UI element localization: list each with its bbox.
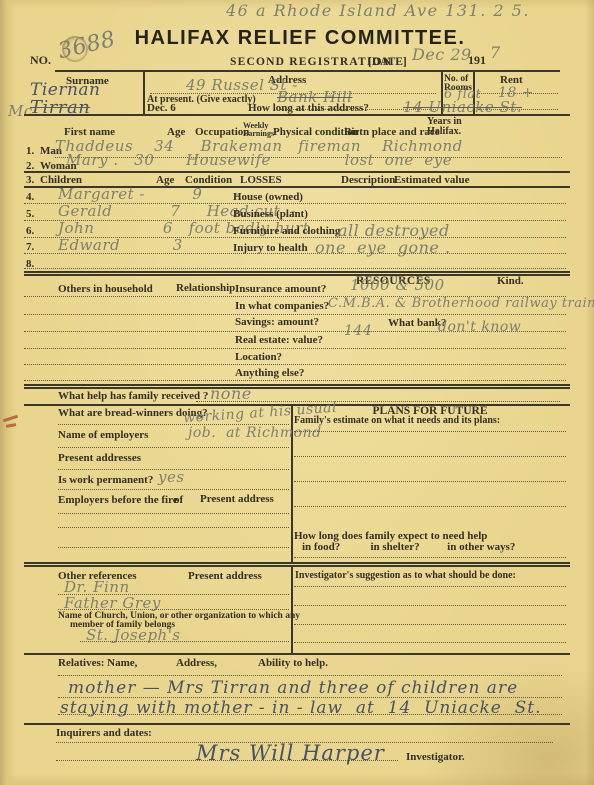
rooms-value: 6 flat <box>444 88 481 101</box>
insurance-value: 1000 & 500 <box>350 278 445 293</box>
dotted-line <box>24 348 566 349</box>
dotted-line <box>58 489 289 490</box>
date-label: [DATE] <box>368 56 407 68</box>
present-address-label: Present address <box>188 571 262 583</box>
of-label: of <box>174 495 183 507</box>
dotted-line <box>294 506 566 507</box>
rent-value: 18 + <box>498 86 534 100</box>
row-number: 5. <box>26 209 34 221</box>
dotted-line <box>24 314 566 315</box>
employers-label: Name of employers <box>58 430 148 442</box>
no-label: NO. <box>30 54 51 67</box>
double-rule <box>24 387 570 389</box>
dotted-line <box>294 456 566 457</box>
dotted-line <box>56 760 398 761</box>
year-handwritten: 7 <box>490 45 501 61</box>
savings-label: Savings: amount? <box>235 317 319 329</box>
child-entry: Edward 3 <box>58 238 183 253</box>
plans-subtitle: Family's estimate on what it needs and i… <box>294 416 500 427</box>
row-number: 7. <box>26 242 34 254</box>
col-estimated-value: Estimated value <box>394 175 469 187</box>
section-rule <box>24 653 570 655</box>
dotted-line <box>294 431 566 432</box>
dotted-line <box>24 253 566 254</box>
row-number: 6. <box>26 226 34 238</box>
investigator-suggestion-label: Investigator's suggestion as to what sho… <box>295 571 516 582</box>
double-rule <box>24 271 570 273</box>
dotted-line <box>294 586 566 587</box>
dotted-line <box>80 641 289 642</box>
dotted-line <box>24 268 566 269</box>
dotted-line <box>58 547 289 548</box>
kind-label: Kind. <box>497 276 524 288</box>
work-permanent-value: yes <box>158 470 185 485</box>
inquirers-label: Inquirers and dates: <box>56 728 152 740</box>
col-losses: LOSSES <box>240 175 282 187</box>
relatives-note: mother — Mrs Tirran and three of childre… <box>68 680 518 697</box>
header-rule <box>55 70 560 72</box>
double-rule <box>24 565 570 567</box>
loss-furniture-label: Furniture and clothing <box>233 226 340 238</box>
col-description: Description <box>341 175 395 187</box>
reference-value: Dr. Finn <box>64 580 130 595</box>
date-note: Dec. 6 <box>147 103 176 115</box>
woman-entry: Mary . 30 Housewife lost one eye <box>66 153 452 168</box>
dotted-line <box>58 609 289 610</box>
dotted-line <box>196 401 560 402</box>
row-number: 4. <box>26 192 34 204</box>
dotted-line <box>294 481 566 482</box>
relatives-address-label: Address, <box>176 658 217 670</box>
dotted-line <box>294 605 566 606</box>
section-rule <box>24 723 570 725</box>
dotted-line <box>58 513 289 514</box>
dotted-line <box>58 527 289 528</box>
year-printed: 191 <box>468 54 486 67</box>
help-received-value: none <box>210 386 252 402</box>
ability-to-help-label: Ability to help. <box>258 658 328 670</box>
companies-value: C.M.B.A. & Brotherhood railway trainmen <box>328 297 594 310</box>
man-number: 1. <box>26 146 34 158</box>
how-long-value: 14 Uniacke St. <box>403 100 522 115</box>
dotted-line <box>58 714 562 715</box>
location-label: Location? <box>235 352 282 364</box>
dotted-line <box>294 624 566 625</box>
dotted-line <box>24 331 566 332</box>
others-label: Others in household <box>58 284 153 296</box>
anything-else-label: Anything else? <box>235 368 304 380</box>
child-entry: Margaret - 9 - <box>58 187 240 202</box>
registration-number: 3688 <box>56 29 117 63</box>
date-handwritten: Dec 29 <box>412 47 472 63</box>
table-rule <box>24 114 570 116</box>
dotted-line <box>58 675 562 676</box>
red-pencil-mark <box>6 423 16 427</box>
dotted-line <box>294 557 566 558</box>
relatives-label: Relatives: Name, <box>58 658 137 670</box>
dotted-line <box>24 364 566 365</box>
employers-before-fire-label: Employers before the fire <box>58 495 178 507</box>
need-help-options: in food? in shelter? in other ways? <box>302 542 515 554</box>
double-rule <box>24 562 570 564</box>
how-long-label: How long at this address? <box>248 103 369 115</box>
registration-form-scan: 46 a Rhode Island Ave 131. 2 5. HALIFAX … <box>0 0 594 785</box>
section-rule <box>24 171 570 173</box>
present-addresses-label: Present addresses <box>58 453 141 465</box>
present-address-label: Present address <box>200 494 274 506</box>
pencil-note-top: 46 a Rhode Island Ave 131. 2 5. <box>226 3 530 19</box>
table-divider <box>143 71 145 115</box>
breadwinners-value: job. at Richmond <box>188 426 322 440</box>
investigator-label: Investigator. <box>406 752 465 764</box>
children-number: 3. <box>26 175 34 187</box>
work-permanent-label: Is work permanent? <box>58 475 153 487</box>
red-pencil-mark <box>3 415 18 422</box>
help-received-label: What help has family received ? <box>58 391 208 403</box>
column-divider <box>291 566 293 653</box>
double-rule <box>24 274 570 276</box>
dotted-line <box>294 642 566 643</box>
double-rule <box>24 384 570 386</box>
dotted-line <box>24 380 566 381</box>
dotted-line <box>58 447 289 448</box>
insurance-label: Insurance amount? <box>235 284 326 296</box>
relationship-label: Relationship <box>176 283 235 295</box>
real-estate-label: Real estate: value? <box>235 335 323 347</box>
companies-label: In what companies? <box>235 301 329 313</box>
